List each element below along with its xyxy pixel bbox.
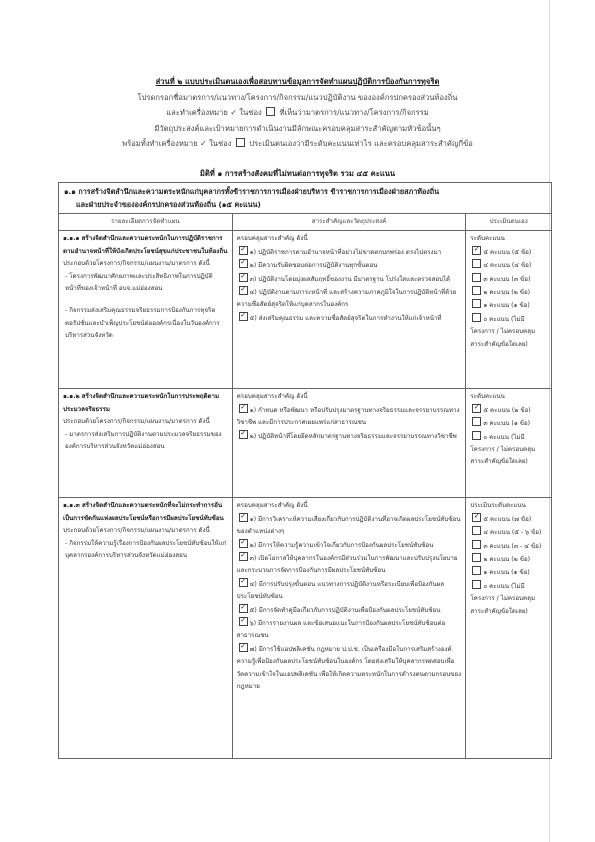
essence-intro: ครอบคลุมสาระสำคัญ ดังนี้ [237,391,462,403]
essence-intro: ครอบคลุมสาระสำคัญ ดังนี้ [237,233,462,245]
essence-item: ๑) มีการวิเคราะห์ความเสี่ยงเกี่ยวกับการป… [237,513,462,539]
checkbox[interactable] [472,540,481,549]
checkbox[interactable] [239,643,248,652]
column-header-plan: รายละเอียดการจัดทำแผน [59,214,233,231]
essence-cell: ครอบคลุมสาระสำคัญ ดังนี้๑) มีการวิเคราะห… [232,498,466,759]
score-option: ๒ คะแนน (๒ ข้อ) [470,553,547,566]
part-title: ส่วนที่ ๒ แบบประเมินตนเองเพื่อสอบทานข้อม… [40,74,555,90]
checkbox[interactable] [472,553,481,562]
plan-item: - มาตรการส่งเสริมการปฏิบัติงานตามประมวลจ… [63,429,228,454]
instruction-line-4: พร้อมทั้งทำเครื่องหมาย ✓ ในช่อง ประเมินต… [40,136,555,152]
instruction-line-2: และทำเครื่องหมาย ✓ ในช่อง ที่เห็นว่ามาตร… [40,105,555,121]
composed-label: ประกอบด้วยโครงการ/กิจกรรม/แผนงาน/มาตรการ… [63,416,228,428]
checkbox[interactable] [472,580,481,589]
checkbox[interactable] [472,513,481,522]
essence-item: ๒) มีความรับผิดชอบต่อการปฏิบัติงานทุกขั้… [237,259,462,272]
score-option: ๑ คะแนน (๑ ข้อ) [470,299,547,312]
checkbox[interactable] [239,312,248,321]
essence-item: ๓) เปิดโอกาสให้บุคลากรในองค์กรมีส่วนร่วม… [237,552,462,578]
score-label: ระดับคะแนน [470,233,547,245]
assessment-table: ๑.๑ การสร้างจิตสำนึกและความตระหนักแก่บุค… [58,182,552,759]
checkbox[interactable] [239,273,248,282]
essence-item: ๕) ส่งเสริมคุณธรรม และความซื่อสัตย์สุจริ… [237,312,462,325]
instruction-line-1: โปรดกรอกชื่อมาตรการ/แนวทาง/โครงการ/กิจกร… [40,90,555,106]
plan-detail-cell: ๑.๑.๓ สร้างจิตสำนึกและความตระหนักที่จะไม… [59,498,233,759]
checkmark-icon: ✓ [200,139,207,148]
checkbox[interactable] [472,566,481,575]
checkbox[interactable] [239,259,248,268]
document-header: ส่วนที่ ๒ แบบประเมินตนเองเพื่อสอบทานข้อม… [40,74,555,181]
composed-label: ประกอบด้วยโครงการ/กิจกรรม/แผนงาน/มาตรการ… [63,525,228,537]
composed-label: ประกอบด้วยโครงการ/กิจกรรม/แผนงาน/มาตรการ… [63,258,228,270]
checkbox[interactable] [239,404,248,413]
essence-item: ๖) มีการรายงานผล และข้อเสนอแนะในการป้องก… [237,617,462,643]
score-option: ๓ คะแนน (๓ ข้อ) [470,273,547,286]
column-header-self-assessment: ประเมินตนเอง [466,214,552,231]
checkbox[interactable] [239,539,248,548]
checkbox[interactable] [472,286,481,295]
score-label: ระดับคะแนน [470,391,547,403]
essence-item: ๑) ปฏิบัติราชการตามอำนาจหน้าที่อย่างไม่ข… [237,246,462,259]
plan-detail-cell: ๑.๑.๒ สร้างจิตสำนึกและความตระหนักในการปร… [59,389,233,498]
plan-item: - โครงการพัฒนาศักยภาพและประสิทธิภาพในการ… [63,271,228,296]
checkbox[interactable] [239,286,248,295]
checkbox[interactable] [472,246,481,255]
score-option: ๓ คะแนน (๓ - ๔ ข้อ) [470,540,547,553]
checkbox[interactable] [239,513,248,522]
score-option: ๕ คะแนน (๕ ข้อ) [470,246,547,259]
checkbox[interactable] [472,273,481,282]
essence-cell: ครอบคลุมสาระสำคัญ ดังนี้๑) กำหนด หรือพัฒ… [232,389,466,498]
checkbox[interactable] [472,431,481,440]
checkbox[interactable] [472,417,481,426]
item-title: ๑.๑.๒ สร้างจิตสำนึกและความตระหนักในการปร… [63,391,228,416]
score-cell: ระดับคะแนน๕ คะแนน (๒ ข้อ)๓ คะแนน (๑ ข้อ)… [466,389,552,498]
item-title: ๑.๑.๑ สร้างจิตสำนึกและความตระหนักในการปฏ… [63,233,228,258]
checkbox[interactable] [472,299,481,308]
score-option: ๔ คะแนน (๔ ข้อ) [470,259,547,272]
checkbox[interactable] [239,617,248,626]
table-row: ๑.๑.๒ สร้างจิตสำนึกและความตระหนักในการปร… [59,389,552,498]
score-option: ๒ คะแนน (๒ ข้อ) [470,286,547,299]
checkbox[interactable] [239,578,248,587]
score-option: ๕ คะแนน (๗ ข้อ) [470,513,547,526]
plan-detail-cell: ๑.๑.๑ สร้างจิตสำนึกและความตระหนักในการปฏ… [59,231,233,389]
section-heading: ๑.๑ การสร้างจิตสำนึกและความตระหนักแก่บุค… [59,183,552,214]
score-option: ๐ คะแนน (ไม่มีโครงการ / ไม่ครอบคลุมสาระส… [470,580,547,618]
essence-intro: ครอบคลุมสาระสำคัญ ดังนี้ [237,500,462,512]
score-option: ๐ คะแนน (ไม่มีโครงการ / ไม่ครอบคลุมสาระส… [470,313,547,351]
essence-item: ๒) ปฏิบัติหน้าที่โดยยึดหลักมาตรฐานทางจริ… [237,430,462,443]
checkbox[interactable] [239,604,248,613]
checkbox-icon [266,107,275,116]
checkmark-icon: ✓ [230,108,237,117]
plan-item: - กิจกรรมให้ความรู้เรื่องการป้องกันผลประ… [63,538,228,563]
table-row: ๑.๑.๑ สร้างจิตสำนึกและความตระหนักในการปฏ… [59,231,552,389]
checkbox[interactable] [239,552,248,561]
essence-item: ๕) มีการจัดทำคู่มือเกี่ยวกับการปฏิบัติงา… [237,604,462,617]
essence-item: ๑) กำหนด หรือพัฒนา หรือปรับปรุงมาตรฐานทา… [237,404,462,430]
essence-item: ๗) มีการใช้แอปพลิเคชัน กฎหมาย ป.ป.ช. เป็… [237,643,462,694]
instruction-line-3: มีวัตถุประสงค์และเป้าหมายการดำเนินงานมีล… [40,121,555,137]
checkbox[interactable] [472,313,481,322]
checkbox[interactable] [472,404,481,413]
essence-cell: ครอบคลุมสาระสำคัญ ดังนี้๑) ปฏิบัติราชการ… [232,231,466,389]
dimension-title: มิติที่ ๑ การสร้างสังคมที่ไม่ทนต่อการทุจ… [40,166,555,182]
score-option: ๑ คะแนน (๑ ข้อ) [470,566,547,579]
score-option: ๐ คะแนน (ไม่มีโครงการ / ไม่ครอบคลุมสาระส… [470,431,547,469]
score-cell: ระดับคะแนน๕ คะแนน (๕ ข้อ)๔ คะแนน (๔ ข้อ)… [466,231,552,389]
checkbox[interactable] [239,430,248,439]
score-option: ๓ คะแนน (๑ ข้อ) [470,417,547,430]
essence-item: ๓) ปฏิบัติงานโดยมุ่งผลสัมฤทธิ์ของงาน มีม… [237,273,462,286]
checkbox-icon [236,138,245,147]
plan-item: - กิจกรรมส่งเสริมคุณธรรมจริยธรรมการป้องก… [63,305,228,342]
column-header-essence: สาระสำคัญและวัตถุประสงค์ [232,214,466,231]
score-cell: ประเมินระดับคะแนน๕ คะแนน (๗ ข้อ)๔ คะแนน … [466,498,552,759]
checkbox[interactable] [472,259,481,268]
checkbox[interactable] [472,526,481,535]
score-option: ๔ คะแนน (๕ - ๖ ข้อ) [470,526,547,539]
score-label: ประเมินระดับคะแนน [470,500,547,512]
essence-item: ๒) มีการให้ความรู้ความเข้าใจเกี่ยวกับการ… [237,539,462,552]
checkbox[interactable] [239,246,248,255]
essence-item: ๔) ปฏิบัติงานตามภาระหน้าที่ และสร้างความ… [237,286,462,312]
essence-item: ๔) มีการปรับปรุงขั้นตอน แนวทางการปฏิบัติ… [237,578,462,604]
score-option: ๕ คะแนน (๒ ข้อ) [470,404,547,417]
item-title: ๑.๑.๓ สร้างจิตสำนึกและความตระหนักที่จะไม… [63,500,228,525]
table-row: ๑.๑.๓ สร้างจิตสำนึกและความตระหนักที่จะไม… [59,498,552,759]
